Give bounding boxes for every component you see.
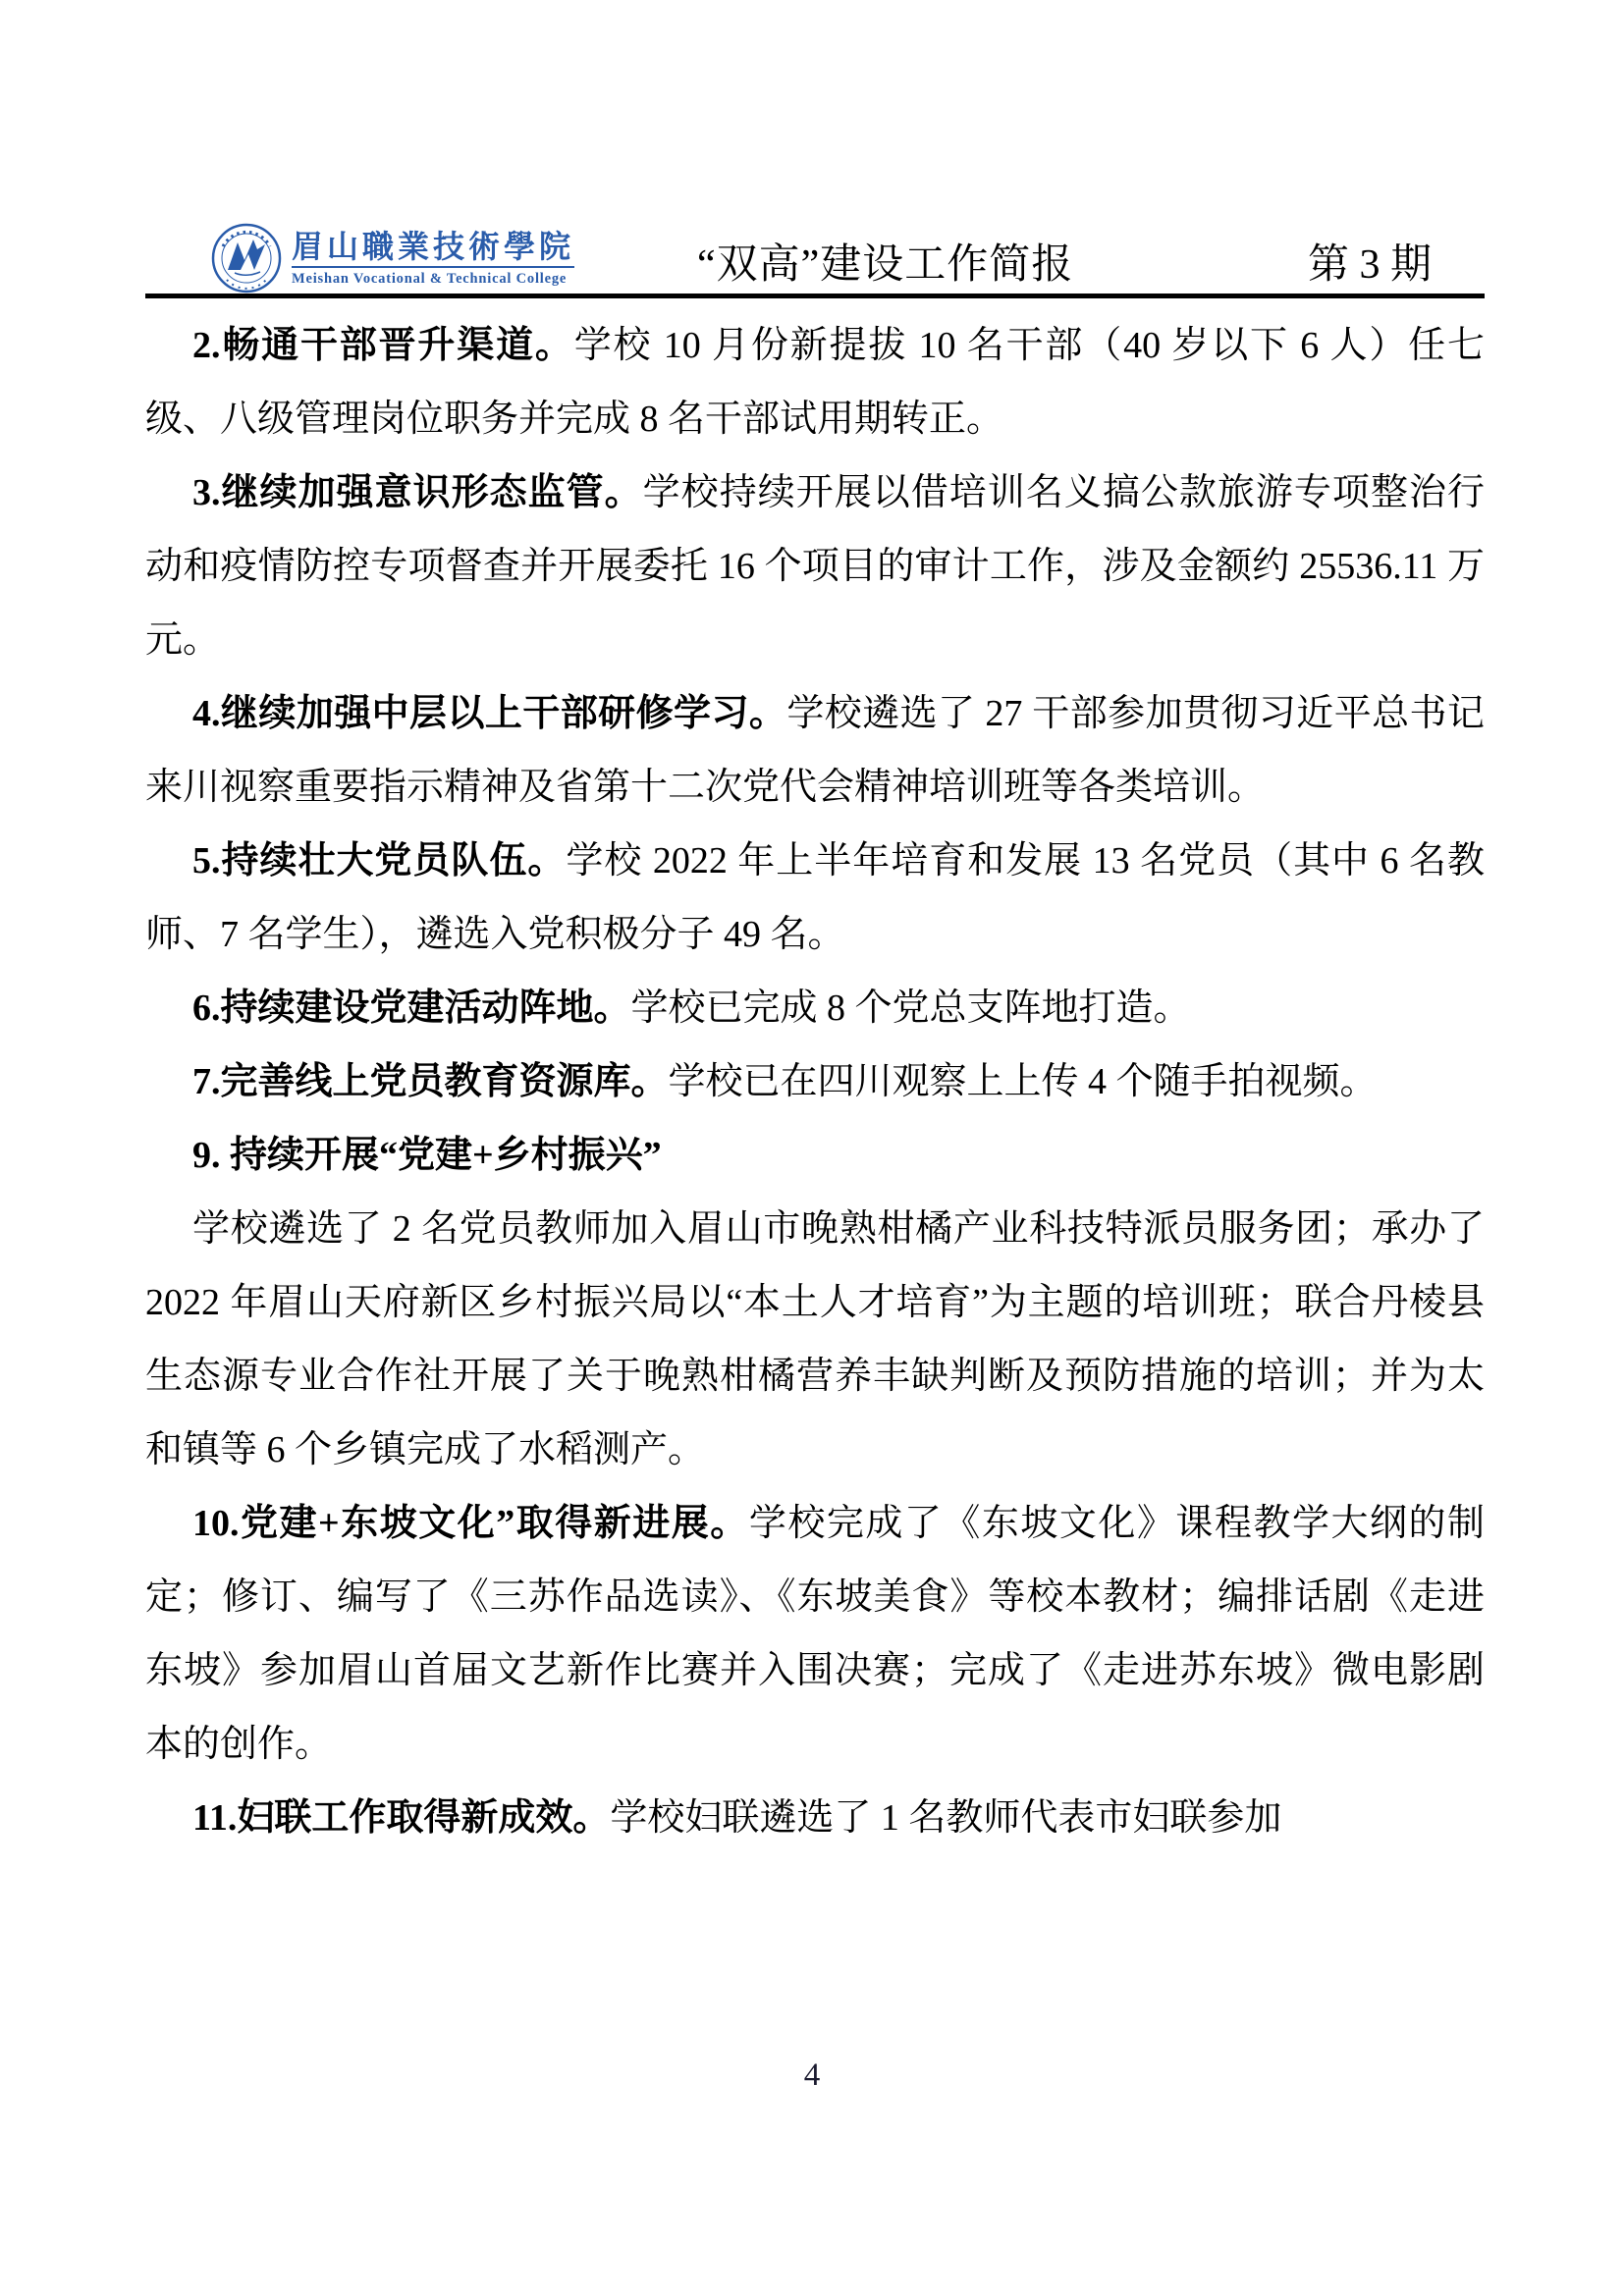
paragraph-lead: 4.继续加强中层以上干部研修学习。 [192, 693, 786, 734]
paragraph-lead: 6.持续建设党建活动阵地。 [192, 988, 631, 1029]
college-seal-icon [211, 223, 282, 294]
paragraph-text: 学校妇联遴选了 1 名教师代表市妇联参加 [610, 1797, 1281, 1839]
bulletin-title: “双高”建设工作简报 [697, 241, 1073, 289]
paragraph: 6.持续建设党建活动阵地。学校已完成 8 个党总支阵地打造。 [145, 972, 1485, 1045]
paragraph-text: 学校遴选了 2 名党员教师加入眉山市晚熟柑橘产业科技特派员服务团；承办了 202… [145, 1208, 1485, 1470]
paragraph-list: 2.畅通干部晋升渠道。学校 10 月份新提拔 10 名干部（40 岁以下 6 人… [145, 309, 1485, 1855]
document-page: 眉山職業技術學院 Meishan Vocational & Technical … [0, 0, 1624, 2296]
paragraph: 10.党建+东坡文化”取得新进展。学校完成了《东坡文化》课程教学大纲的制定；修订… [145, 1487, 1485, 1782]
paragraph-lead: 10.党建+东坡文化”取得新进展。 [192, 1503, 749, 1544]
paragraph: 5.持续壮大党员队伍。学校 2022 年上半年培育和发展 13 名党员（其中 6… [145, 825, 1485, 972]
paragraph-text: 学校已完成 8 个党总支阵地打造。 [631, 988, 1191, 1029]
paragraph-lead: 9. 持续开展“党建+乡村振兴” [192, 1135, 662, 1176]
college-name-zh: 眉山職業技術學院 [292, 229, 574, 264]
paragraph-lead: 2.畅通干部晋升渠道。 [192, 325, 574, 366]
document-body: 2.畅通干部晋升渠道。学校 10 月份新提拔 10 名干部（40 岁以下 6 人… [145, 297, 1485, 1855]
paragraph-lead: 7.完善线上党员教育资源库。 [192, 1061, 669, 1102]
paragraph: 7.完善线上党员教育资源库。学校已在四川观察上上传 4 个随手拍视频。 [145, 1045, 1485, 1119]
college-logo: 眉山職業技術學院 Meishan Vocational & Technical … [211, 223, 574, 294]
issue-number: 第 3 期 [1308, 241, 1432, 289]
paragraph: 2.畅通干部晋升渠道。学校 10 月份新提拔 10 名干部（40 岁以下 6 人… [145, 309, 1485, 456]
paragraph: 3.继续加强意识形态监管。学校持续开展以借培训名义搞公款旅游专项整治行动和疫情防… [145, 456, 1485, 677]
paragraph: 11.妇联工作取得新成效。学校妇联遴选了 1 名教师代表市妇联参加 [145, 1782, 1485, 1855]
paragraph: 9. 持续开展“党建+乡村振兴” [145, 1119, 1485, 1193]
page-number: 4 [0, 2057, 1624, 2094]
paragraph-lead: 5.持续壮大党员队伍。 [192, 840, 566, 881]
paragraph-text: 学校已在四川观察上上传 4 个随手拍视频。 [669, 1061, 1378, 1102]
paragraph-lead: 3.继续加强意识形态监管。 [192, 472, 643, 513]
paragraph: 4.继续加强中层以上干部研修学习。学校遴选了 27 干部参加贯彻习近平总书记来川… [145, 677, 1485, 825]
paragraph: 学校遴选了 2 名党员教师加入眉山市晚熟柑橘产业科技特派员服务团；承办了 202… [145, 1193, 1485, 1487]
paragraph-lead: 11.妇联工作取得新成效。 [192, 1797, 610, 1839]
college-name-en: Meishan Vocational & Technical College [292, 266, 574, 288]
college-name-block: 眉山職業技術學院 Meishan Vocational & Technical … [292, 229, 574, 288]
